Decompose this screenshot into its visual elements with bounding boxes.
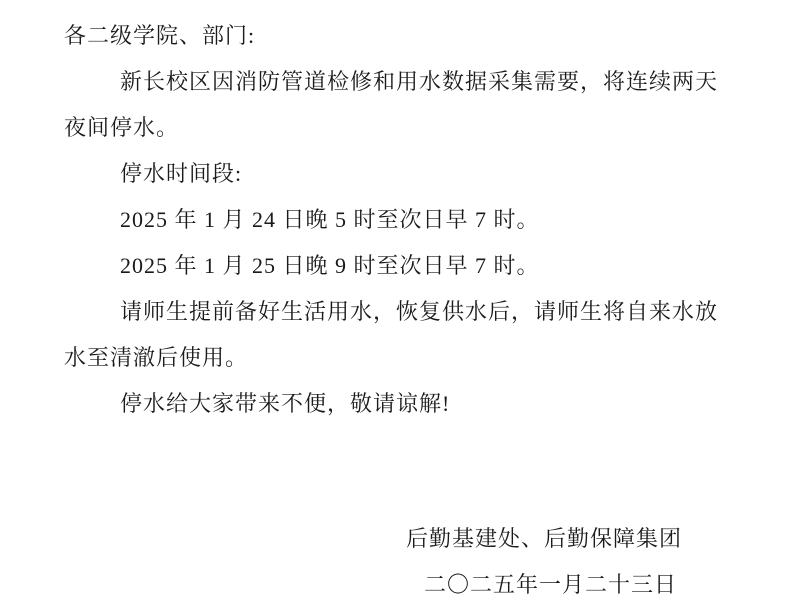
notice-outage-time-line: 2025 年 1 月 25 日晚 9 时至次日早 7 时。 [64, 243, 724, 289]
signature-date: 二〇二五年一月二十三日 [64, 562, 724, 608]
signature-organization: 后勤基建处、后勤保障集团 [64, 516, 724, 562]
notice-outage-time-line: 2025 年 1 月 24 日晚 5 时至次日早 7 时。 [64, 197, 724, 243]
notice-apology-line: 停水给大家带来不便，敬请谅解! [64, 381, 724, 427]
notice-paragraph-line: 请师生提前备好生活用水，恢复供水后，请师生将自来水放 [64, 289, 724, 335]
notice-body: 各二级学院、部门: 新长校区因消防管道检修和用水数据采集需要，将连续两天 夜间停… [0, 0, 786, 608]
signature-spacer [64, 427, 724, 516]
notice-paragraph-line: 水至清澈后使用。 [64, 335, 724, 381]
notice-salutation: 各二级学院、部门: [64, 13, 724, 59]
notice-paragraph-line: 新长校区因消防管道检修和用水数据采集需要，将连续两天 [64, 59, 724, 105]
notice-paragraph-line: 夜间停水。 [64, 105, 724, 151]
notice-document-page: 各二级学院、部门: 新长校区因消防管道检修和用水数据采集需要，将连续两天 夜间停… [0, 0, 786, 616]
notice-section-heading: 停水时间段: [64, 151, 724, 197]
